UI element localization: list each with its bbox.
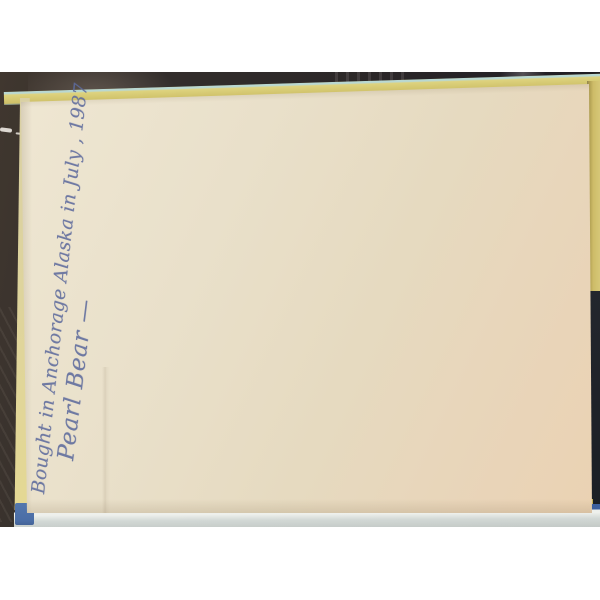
leather-stitch-marks xyxy=(0,127,12,132)
page-crease xyxy=(102,367,110,513)
book-photo: Bought in Anchorage Alaska in July , 198… xyxy=(0,72,600,527)
page-shadow-bottom xyxy=(0,499,600,513)
product-photo-canvas: { "scene": { "description": "Photograph … xyxy=(0,0,600,600)
